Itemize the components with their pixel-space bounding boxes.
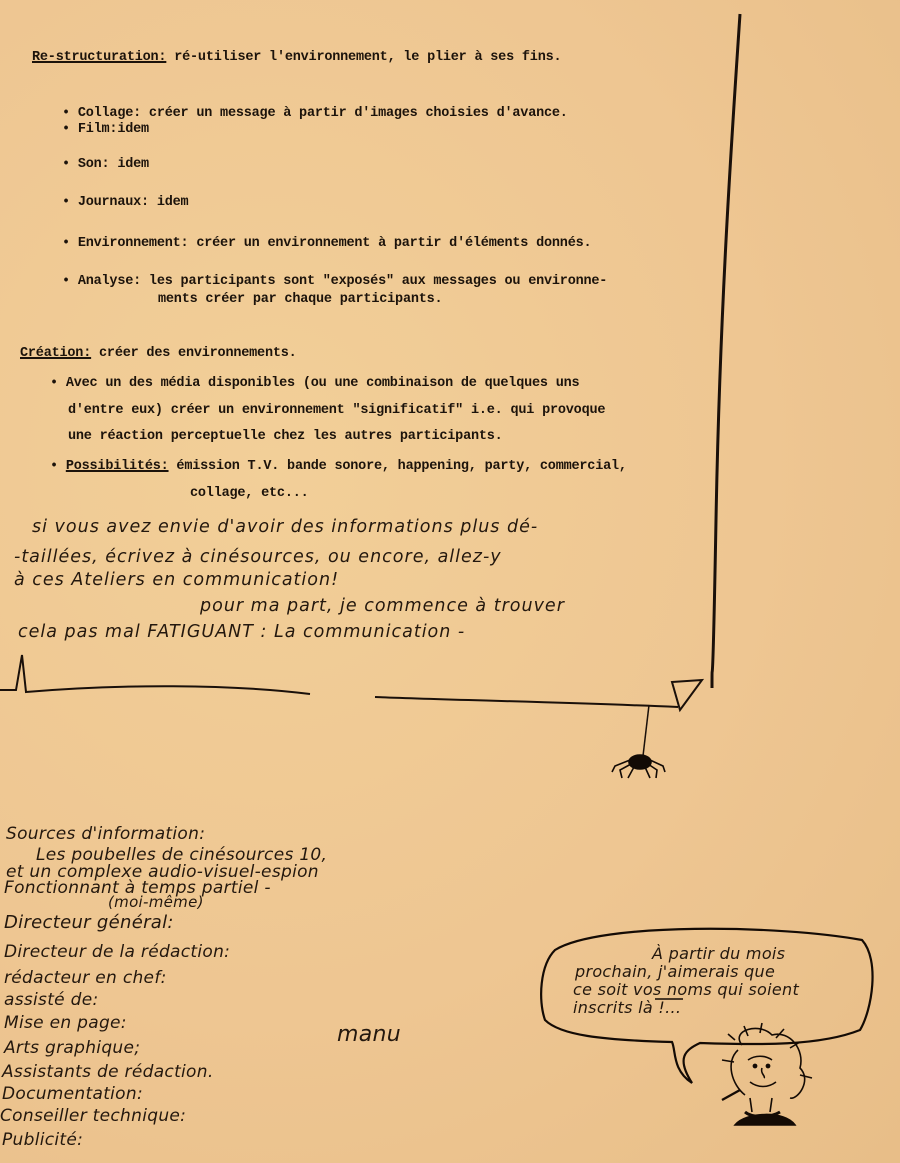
restructuration-label: Re-structuration: — [32, 50, 166, 65]
bullet-text: créer un environnement à partir d'élémen… — [188, 236, 591, 251]
creation-bullet-line-1: Avec un des média disponibles (ou une co… — [50, 376, 579, 391]
bullet-journaux: Journaux: idem — [62, 195, 188, 210]
bullet-text: idem — [117, 122, 149, 137]
restructuration-heading: Re-structuration: ré-utiliser l'environn… — [32, 50, 561, 65]
role-assiste-de: assisté de: — [4, 990, 99, 1010]
bullet-label: Collage: — [78, 106, 141, 121]
role-arts-graphique: Arts graphique; — [4, 1038, 140, 1058]
possibilites-continuation: collage, etc... — [190, 486, 309, 501]
frame-bottom-line — [0, 655, 310, 694]
bullet-collage: Collage: créer un message à partir d'ima… — [62, 106, 568, 121]
creation-text: créer des environnements. — [91, 346, 296, 361]
bubble-line-2: prochain, j'aimerais que — [575, 962, 775, 981]
role-directeur-general: Directeur général: — [4, 912, 174, 933]
role-publicite: Publicité: — [2, 1130, 83, 1150]
folded-corner — [672, 680, 702, 710]
sources-title: Sources d'information: — [6, 824, 205, 844]
role-mise-en-page: Mise en page: — [4, 1013, 127, 1033]
role-documentation: Documentation: — [2, 1084, 143, 1104]
cartoon-character-icon — [722, 1023, 812, 1125]
bullet-label: Environnement: — [78, 236, 189, 251]
bullet-label: Analyse: — [78, 274, 141, 289]
role-assistants-redaction: Assistants de rédaction. — [2, 1062, 214, 1082]
role-redacteur-en-chef: rédacteur en chef: — [4, 968, 167, 988]
frame-right-line — [712, 14, 740, 688]
sources-line-4: (moi-même) — [108, 893, 204, 911]
bubble-line-4: inscrits là !... — [573, 998, 681, 1017]
spider-icon — [612, 755, 665, 778]
bullet-label: Film: — [78, 122, 118, 137]
possibilites-label: Possibilités: — [66, 459, 169, 474]
role-directeur-redaction: Directeur de la rédaction: — [4, 942, 230, 962]
creation-heading: Création: créer des environnements. — [20, 346, 297, 361]
note-line-2: -taillées, écrivez à cinésources, ou enc… — [14, 547, 502, 567]
restructuration-text: ré-utiliser l'environnement, le plier à … — [166, 50, 561, 65]
signature-manu: manu — [337, 1022, 401, 1047]
creation-bullet-line-3: une réaction perceptuelle chez les autre… — [68, 429, 503, 444]
note-line-5: cela pas mal FATIGUANT : La communicatio… — [18, 622, 465, 642]
bubble-line-3: ce soit vos noms qui soient — [573, 980, 799, 999]
bullet-son: Son: idem — [62, 157, 149, 172]
bubble-line-1: À partir du mois — [652, 944, 785, 963]
role-conseiller-technique: Conseiller technique: — [0, 1106, 186, 1126]
possibilites-line: Possibilités: émission T.V. bande sonore… — [50, 459, 627, 474]
bullet-text: les participants sont "exposés" aux mess… — [141, 274, 607, 289]
bullet-analyse: Analyse: les participants sont "exposés"… — [62, 274, 607, 289]
note-line-3: à ces Ateliers en communication! — [14, 570, 339, 590]
bullet-text: idem — [149, 195, 189, 210]
bullet-environnement: Environnement: créer un environnement à … — [62, 236, 591, 251]
bullet-label: Son: — [78, 157, 110, 172]
note-line-1: si vous avez envie d'avoir des informati… — [32, 517, 538, 537]
bullet-text: idem — [109, 157, 149, 172]
bullet-text: créer un message à partir d'images chois… — [141, 106, 568, 121]
bullet-analyse-continuation: ments créer par chaque participants. — [158, 292, 442, 307]
bullet-film: Film:idem — [62, 122, 149, 137]
frame-bottom-line-right — [375, 697, 678, 707]
creation-label: Création: — [20, 346, 91, 361]
note-line-4: pour ma part, je commence à trouver — [200, 596, 565, 616]
bullet-label: Journaux: — [78, 195, 149, 210]
creation-bullet-line-2: d'entre eux) créer un environnement "sig… — [68, 403, 605, 418]
possibilites-text: émission T.V. bande sonore, happening, p… — [169, 459, 627, 474]
